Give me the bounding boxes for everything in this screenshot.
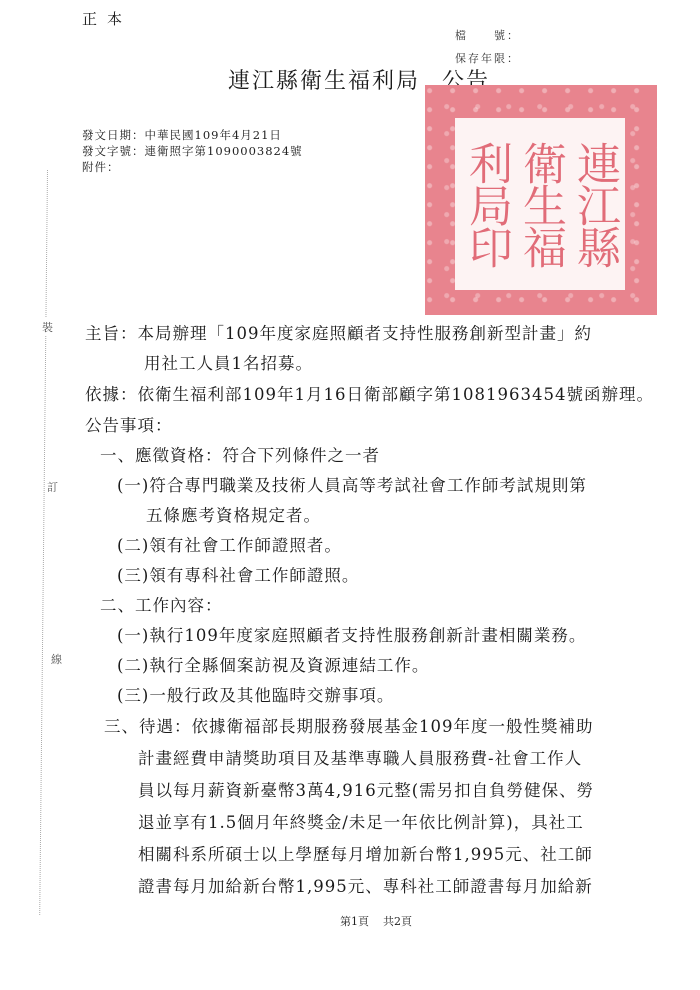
- page-number: 第1頁: [340, 915, 369, 928]
- paragraph-line: 員以每月薪資新臺幣3萬4,916元整(需另扣自負勞健保、勞: [138, 777, 594, 801]
- section-heading: 二、工作內容：: [100, 592, 223, 616]
- subject-line: 主旨：本局辦理「109年度家庭照顧者支持性服務創新型計畫」約: [85, 320, 592, 344]
- list-item: 五條應考資格規定者。: [146, 502, 321, 526]
- archive-number-label: 檔 號：: [455, 27, 520, 43]
- attachment-label: 附件：: [82, 159, 120, 175]
- seal-inner: 連江縣 衛生福 利局印: [455, 118, 625, 290]
- section-heading: 三、待遇：依據衛福部長期服務發展基金109年度一般性獎補助: [104, 713, 594, 737]
- basis-line: 依據：依衛生福利部109年1月16日衛部顧字第1081963454號函辦理。: [85, 381, 654, 405]
- paragraph-line: 計畫經費申請獎助項目及基準專職人員服務費-社會工作人: [138, 745, 582, 769]
- list-item: (一)執行109年度家庭照顧者支持性服務創新計畫相關業務。: [117, 622, 586, 646]
- issue-date: 發文日期：中華民國109年4月21日: [82, 127, 282, 143]
- paragraph-line: 退並享有1.5個月年終獎金/未足一年依比例計算)，具社工: [138, 809, 584, 833]
- list-item: (三)一般行政及其他臨時交辦事項。: [117, 682, 394, 706]
- list-item: (一)符合專門職業及技術人員高等考試社會工作師考試規則第: [117, 472, 587, 496]
- list-item: (三)領有專科社會工作師證照。: [117, 562, 359, 586]
- official-seal: 連江縣 衛生福 利局印: [425, 85, 657, 315]
- paragraph-line: 相關科系所碩士以上學歷每月增加新台幣1,995元、社工師: [138, 841, 593, 865]
- list-item: (二)領有社會工作師證照者。: [117, 532, 342, 556]
- seal-column: 利局印: [459, 122, 513, 286]
- subject-line: 用社工人員1名招募。: [144, 350, 313, 374]
- agency-name: 連江縣衛生福利局: [228, 69, 420, 94]
- seal-column: 衛生福: [513, 122, 567, 286]
- notice-heading: 公告事項：: [85, 412, 173, 436]
- binding-char: 線: [51, 650, 62, 668]
- page-footer: 第1頁共2頁: [340, 913, 412, 929]
- list-item: (二)執行全縣個案訪視及資源連結工作。: [117, 652, 429, 676]
- page-total: 共2頁: [383, 915, 412, 928]
- reference-number: 發文字號：連衛照字第1090003824號: [82, 143, 303, 159]
- binding-char: 訂: [47, 478, 58, 496]
- section-heading: 一、應徵資格：符合下列條件之一者: [100, 442, 380, 466]
- copy-mark: 正本: [82, 8, 132, 29]
- binding-char: 裝: [42, 318, 53, 336]
- binding-line: [39, 170, 48, 915]
- paragraph-line: 證書每月加給新台幣1,995元、專科社工師證書每月加給新: [138, 873, 593, 897]
- seal-column: 連江縣: [567, 122, 621, 286]
